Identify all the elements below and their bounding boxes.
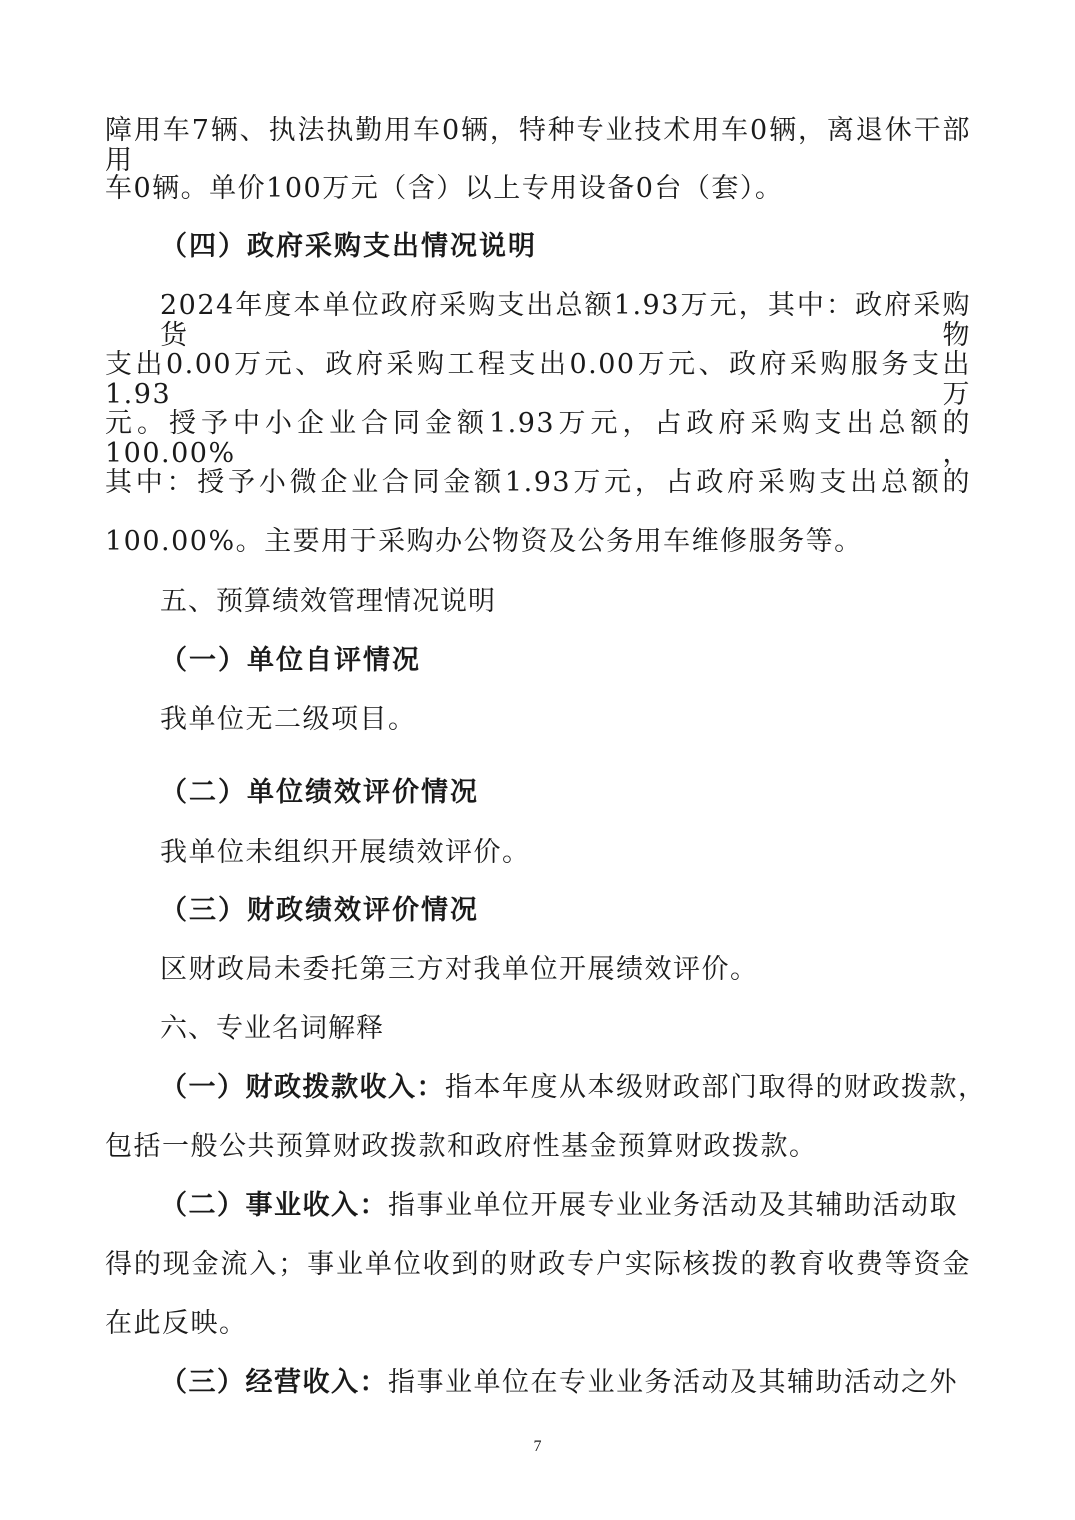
paragraph-line: 区财政局未委托第三方对我单位开展绩效评价。: [160, 955, 971, 985]
glossary-entry-business-income: （二）事业收入：指事业单位开展专业业务活动及其辅助活动取: [160, 1191, 971, 1221]
paragraph-line: 车0辆。单价100万元（含）以上专用设备0台（套）。: [105, 174, 971, 204]
glossary-term: （二）事业收入：: [160, 1190, 388, 1221]
glossary-definition: 指事业单位开展专业业务活动及其辅助活动取: [388, 1190, 958, 1221]
paragraph-line: 得的现金流入；事业单位收到的财政专户实际核拨的教育收费等资金: [105, 1250, 971, 1280]
paragraph-line: 其中：授予小微企业合同金额1.93万元，占政府采购支出总额的: [105, 468, 971, 498]
glossary-entry-operating-income: （三）经营收入：指事业单位在专业业务活动及其辅助活动之外: [160, 1368, 971, 1398]
subsection-heading-fiscal-performance: （三）财政绩效评价情况: [160, 896, 971, 926]
paragraph-line: 支出0.00万元、政府采购工程支出0.00万元、政府采购服务支出1.93万: [105, 350, 971, 410]
paragraph-line: 元。授予中小企业合同金额1.93万元，占政府采购支出总额的100.00%，: [105, 409, 971, 469]
glossary-term: （三）经营收入：: [160, 1367, 388, 1398]
glossary-entry-fiscal-appropriation: （一）财政拨款收入：指本年度从本级财政部门取得的财政拨款，: [160, 1073, 971, 1103]
paragraph-line: 2024年度本单位政府采购支出总额1.93万元，其中：政府采购货物: [160, 291, 971, 351]
document-page: 障用车7辆、执法执勤用车0辆，特种专业技术用车0辆，离退休干部用 车0辆。单价1…: [0, 0, 1075, 1520]
glossary-definition: 指事业单位在专业业务活动及其辅助活动之外: [388, 1367, 958, 1398]
subsection-heading-government-procurement: （四）政府采购支出情况说明: [160, 232, 971, 262]
paragraph-line: 100.00%。主要用于采购办公物资及公务用车维修服务等。: [105, 527, 971, 557]
paragraph-line: 障用车7辆、执法执勤用车0辆，特种专业技术用车0辆，离退休干部用: [105, 116, 971, 176]
glossary-definition: 指本年度从本级财政部门取得的财政拨款，: [445, 1072, 987, 1103]
paragraph-line: 我单位未组织开展绩效评价。: [160, 838, 971, 868]
subsection-heading-unit-performance: （二）单位绩效评价情况: [160, 778, 971, 808]
paragraph-line: 包括一般公共预算财政拨款和政府性基金预算财政拨款。: [105, 1132, 971, 1162]
subsection-heading-self-evaluation: （一）单位自评情况: [160, 646, 971, 676]
page-number: 7: [0, 1438, 1075, 1456]
section-heading-performance-management: 五、预算绩效管理情况说明: [160, 587, 971, 617]
section-heading-glossary: 六、专业名词解释: [160, 1014, 971, 1044]
paragraph-line: 在此反映。: [105, 1309, 971, 1339]
paragraph-line: 我单位无二级项目。: [160, 705, 971, 735]
glossary-term: （一）财政拨款收入：: [160, 1072, 445, 1103]
